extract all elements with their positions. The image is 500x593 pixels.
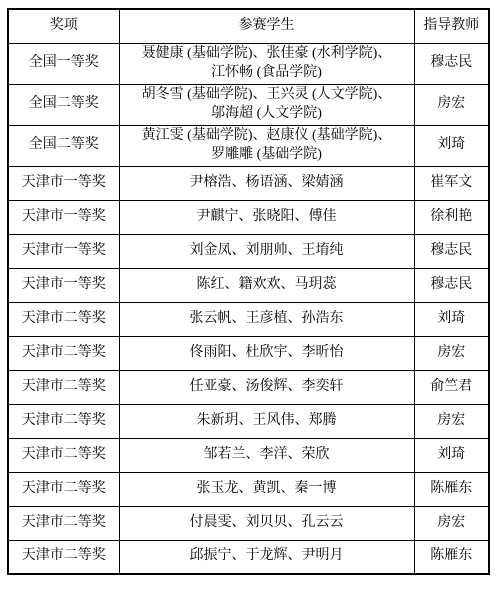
header-award: 奖项 <box>8 9 119 43</box>
award-cell: 天津市二等奖 <box>8 370 119 404</box>
table-row: 天津市一等奖 刘金凤、刘朋帅、王堉纯 穆志民 <box>8 234 489 268</box>
table-row: 天津市一等奖 尹榕浩、杨语涵、梁婧涵 崔军文 <box>8 166 489 200</box>
table-header-row: 奖项 参赛学生 指导教师 <box>8 9 489 43</box>
students-cell: 朱新玥、王风伟、郑腾 <box>119 404 414 438</box>
teacher-cell: 房宏 <box>414 506 489 540</box>
award-cell: 全国一等奖 <box>8 43 119 84</box>
award-cell: 天津市二等奖 <box>8 302 119 336</box>
table-row: 天津市一等奖 尹麒宁、张晓阳、傅佳 徐利艳 <box>8 200 489 234</box>
students-cell: 刘金凤、刘朋帅、王堉纯 <box>119 234 414 268</box>
students-cell: 付晨雯、刘贝贝、孔云云 <box>119 506 414 540</box>
table-row: 天津市二等奖 朱新玥、王风伟、郑腾 房宏 <box>8 404 489 438</box>
table-row: 全国二等奖 黄江雯 (基础学院)、赵康仪 (基础学院)、 罗雕雕 (基础学院) … <box>8 125 489 166</box>
award-cell: 全国二等奖 <box>8 125 119 166</box>
teacher-cell: 穆志民 <box>414 268 489 302</box>
awards-table: 奖项 参赛学生 指导教师 全国一等奖 聂健康 (基础学院)、张佳豪 (水利学院)… <box>7 8 490 575</box>
teacher-cell: 穆志民 <box>414 43 489 84</box>
teacher-cell: 房宏 <box>414 404 489 438</box>
teacher-cell: 刘琦 <box>414 302 489 336</box>
students-cell: 张玉龙、黄凯、秦一博 <box>119 472 414 506</box>
award-cell: 天津市二等奖 <box>8 472 119 506</box>
header-teacher: 指导教师 <box>414 9 489 43</box>
award-cell: 天津市二等奖 <box>8 404 119 438</box>
table-row: 天津市二等奖 邱振宁、于龙辉、尹明月 陈雁东 <box>8 540 489 574</box>
students-cell: 尹麒宁、张晓阳、傅佳 <box>119 200 414 234</box>
teacher-cell: 徐利艳 <box>414 200 489 234</box>
award-cell: 天津市二等奖 <box>8 336 119 370</box>
award-cell: 天津市二等奖 <box>8 438 119 472</box>
table-row: 天津市二等奖 张玉龙、黄凯、秦一博 陈雁东 <box>8 472 489 506</box>
students-cell: 胡冬雪 (基础学院)、王兴灵 (人文学院)、 邬海超 (人文学院) <box>119 84 414 125</box>
teacher-cell: 房宏 <box>414 336 489 370</box>
students-cell: 聂健康 (基础学院)、张佳豪 (水利学院)、 江怀畅 (食品学院) <box>119 43 414 84</box>
table-row: 天津市一等奖 陈红、籍欢欢、马玥蕊 穆志民 <box>8 268 489 302</box>
table-row: 全国二等奖 胡冬雪 (基础学院)、王兴灵 (人文学院)、 邬海超 (人文学院) … <box>8 84 489 125</box>
students-cell: 黄江雯 (基础学院)、赵康仪 (基础学院)、 罗雕雕 (基础学院) <box>119 125 414 166</box>
teacher-cell: 陈雁东 <box>414 540 489 574</box>
students-cell: 陈红、籍欢欢、马玥蕊 <box>119 268 414 302</box>
students-cell: 任亚豪、汤俊辉、李奕轩 <box>119 370 414 404</box>
table-row: 天津市二等奖 邹若兰、李洋、荣欣 刘琦 <box>8 438 489 472</box>
award-cell: 全国二等奖 <box>8 84 119 125</box>
table-row: 天津市二等奖 张云帆、王彦植、孙浩东 刘琦 <box>8 302 489 336</box>
teacher-cell: 房宏 <box>414 84 489 125</box>
header-students: 参赛学生 <box>119 9 414 43</box>
table-row: 天津市二等奖 佟雨阳、杜欣宇、李昕怡 房宏 <box>8 336 489 370</box>
award-cell: 天津市一等奖 <box>8 200 119 234</box>
students-cell: 佟雨阳、杜欣宇、李昕怡 <box>119 336 414 370</box>
award-cell: 天津市一等奖 <box>8 268 119 302</box>
award-cell: 天津市二等奖 <box>8 506 119 540</box>
students-cell: 邱振宁、于龙辉、尹明月 <box>119 540 414 574</box>
table-row: 全国一等奖 聂健康 (基础学院)、张佳豪 (水利学院)、 江怀畅 (食品学院) … <box>8 43 489 84</box>
teacher-cell: 俞竺君 <box>414 370 489 404</box>
students-cell: 张云帆、王彦植、孙浩东 <box>119 302 414 336</box>
teacher-cell: 刘琦 <box>414 125 489 166</box>
award-cell: 天津市一等奖 <box>8 234 119 268</box>
teacher-cell: 穆志民 <box>414 234 489 268</box>
students-cell: 邹若兰、李洋、荣欣 <box>119 438 414 472</box>
award-cell: 天津市一等奖 <box>8 166 119 200</box>
teacher-cell: 陈雁东 <box>414 472 489 506</box>
table-row: 天津市二等奖 任亚豪、汤俊辉、李奕轩 俞竺君 <box>8 370 489 404</box>
teacher-cell: 刘琦 <box>414 438 489 472</box>
teacher-cell: 崔军文 <box>414 166 489 200</box>
award-cell: 天津市二等奖 <box>8 540 119 574</box>
table-row: 天津市二等奖 付晨雯、刘贝贝、孔云云 房宏 <box>8 506 489 540</box>
students-cell: 尹榕浩、杨语涵、梁婧涵 <box>119 166 414 200</box>
